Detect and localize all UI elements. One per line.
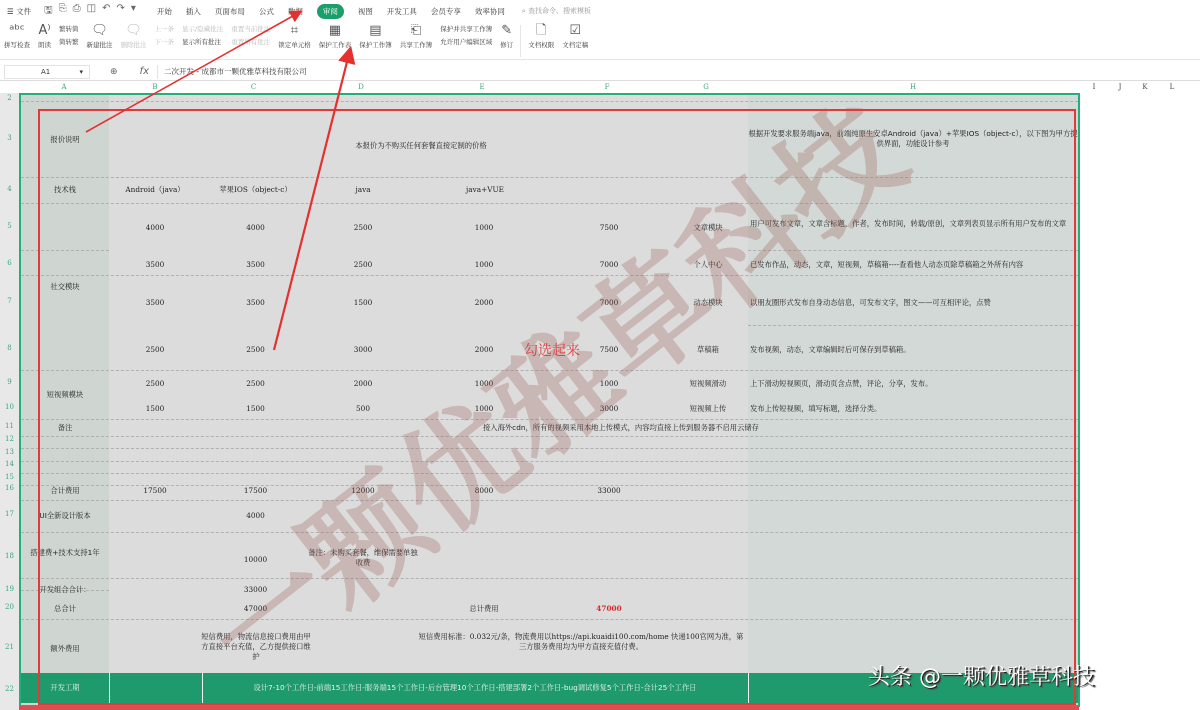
cell-h-description[interactable]: 上下滑动短视频页，滑动页含点赞，评论，分享，发布。 [750,379,1076,389]
row-header[interactable]: 17 [0,510,19,518]
cell-g[interactable]: 动态模块 [668,298,748,308]
tab-formulas[interactable]: 公式 [259,6,274,17]
save-icon[interactable]: 🖫 [44,3,53,20]
cell-e[interactable]: 1000 [418,223,550,232]
cell-divider [748,673,749,703]
row-header[interactable]: 13 [0,448,19,456]
cell-a17[interactable]: UI全新设计版本 [21,511,109,521]
spreadsheet-grid[interactable]: 报价说明 本报价为不购买任何套餐直接定制的价格 根据开发要求服务端java，前端… [19,93,1080,707]
spell-check-button[interactable]: ᵃᵇᶜ拼写检查 [4,22,30,49]
cell-c17[interactable]: 4000 [203,511,308,520]
row-header[interactable]: 10 [0,403,19,411]
gridline [748,325,1078,326]
gridline [21,275,1078,276]
export-icon[interactable]: ⎘ [59,3,67,20]
annotation-bottom-bar [19,706,1079,710]
zoom-icon[interactable]: ⊕ [110,67,118,77]
col-header-c[interactable]: C [201,83,306,93]
gridline [21,532,1078,533]
name-box[interactable]: A1▾ [4,65,90,79]
cell-c4[interactable]: 苹果IOS（object-c） [203,185,308,195]
cell-g[interactable]: 短视频上传 [668,404,748,414]
row-header[interactable]: 9 [0,378,19,386]
cell-h-description[interactable]: 以朋友圈形式发布自身动态信息，可发布文字，图文——可互相评论，点赞 [750,298,1076,308]
read-aloud-button[interactable]: A⁾朗读 [38,22,51,49]
col-header-d[interactable]: D [306,83,416,93]
cell-d16[interactable]: 12000 [308,486,418,495]
delete-comment-label: 删除批注 [121,40,147,49]
doc-finalize-icon: ☑ [569,22,581,40]
file-menu[interactable]: ☰ 文件 [7,6,31,17]
gridline [21,448,1078,449]
convert-group: 繁转简 简转繁 [59,24,79,46]
col-header-a[interactable]: A [19,83,109,93]
tab-page-layout[interactable]: 页面布局 [215,6,245,17]
row-header[interactable]: 18 [0,552,19,560]
gridline [748,250,1078,251]
col-header-e[interactable]: E [416,83,548,93]
cell-c[interactable]: 4000 [203,223,308,232]
cell-g[interactable]: 短视频滑动 [668,379,748,389]
protect-sheet-label: 保护工作表 [319,40,352,49]
protect-share-group: 保护并共享工作簿 允许用户编辑区域 [440,24,492,46]
cell-c21[interactable]: 短信费用，物流信息接口费用由甲方直接平台充值，乙方提供接口维护 [201,632,311,662]
tab-home[interactable]: 开始 [157,6,172,17]
protect-and-share-button[interactable]: 保护并共享工作簿 [440,24,492,33]
new-comment-button[interactable]: 🗨新建批注 [87,22,113,49]
cell-c22[interactable]: 设计7-10个工作日-前端15工作日-服务端15个工作日-后台管理10个工作日-… [202,683,748,693]
col-header-i[interactable]: I [1080,83,1108,93]
gridline [21,461,1078,462]
protect-workbook-icon: ▤ [369,22,381,40]
cell-f20-total[interactable]: 47000 [550,604,668,613]
cell-c18[interactable]: 10000 [203,555,308,564]
protect-sheet-button[interactable]: ▦保护工作表 [319,22,352,49]
cell-b[interactable]: 2500 [109,379,201,388]
cell-c20[interactable]: 47000 [203,604,308,613]
tab-insert[interactable]: 插入 [186,6,201,17]
simp-to-trad-button[interactable]: 简转繁 [59,37,79,46]
cell-e16[interactable]: 8000 [418,486,550,495]
share-workbook-label: 共享工作簿 [400,40,433,49]
cell-a21[interactable]: 额外费用 [21,644,109,654]
row-header[interactable]: 16 [0,484,19,492]
cell-f[interactable]: 7000 [550,298,668,307]
row-header[interactable]: 6 [0,259,19,267]
tab-view[interactable]: 视图 [358,6,373,17]
tab-collab[interactable]: 效率协同 [475,6,505,17]
row-header[interactable]: 22 [0,685,19,693]
ribbon-review: ᵃᵇᶜ拼写检查 A⁾朗读 繁转简 简转繁 🗨新建批注 🗨删除批注 上一条 下一条… [0,22,1200,60]
next-comment-button[interactable]: 下一条 [155,37,175,46]
share-workbook-icon: ⎗ [411,22,421,40]
col-header-f[interactable]: F [548,83,666,93]
reset-all-comments-button[interactable]: 重置所有批注 [231,37,270,46]
col-header-j[interactable]: J [1108,83,1132,93]
cell-f16[interactable]: 33000 [550,486,668,495]
row-header[interactable]: 14 [0,460,19,468]
cell-b[interactable]: 3500 [109,298,201,307]
tab-review[interactable]: 审阅 [317,4,344,19]
cell-d18[interactable]: 备注：未购买套餐，维保需要单独收费 [308,548,418,568]
gridline [21,203,1078,204]
cell-e21[interactable]: 短信费用标准：0.032元/条，物流费用以https://api.kuaidi1… [416,632,746,652]
cell-e[interactable]: 1000 [418,260,550,269]
cell-e20[interactable]: 总计费用 [418,604,550,614]
cell-a18[interactable]: 搭建费+技术支持1年 [21,548,109,558]
cell-b[interactable]: 4000 [109,223,201,232]
protect-workbook-label: 保护工作簿 [359,40,392,49]
cell-e11[interactable]: 接入海外cdn，所有的视频采用本地上传模式，内容均直接上传到服务器不启用云储存 [401,423,861,433]
spell-check-icon: ᵃᵇᶜ [9,22,24,40]
ribbon-separator [520,25,521,57]
gridline [21,177,1078,178]
cell-d4[interactable]: java [308,185,418,194]
row-header[interactable]: 2 [0,94,19,102]
row-header[interactable]: 7 [0,297,19,305]
cell-d[interactable]: 2000 [308,379,418,388]
cell-b[interactable]: 1500 [109,404,201,413]
name-box-value: A1 [41,68,50,76]
gridline [21,101,1078,102]
show-hide-comment-button[interactable]: 显示/隐藏批注 [182,24,223,33]
cell-a22[interactable]: 开发工期 [21,683,109,693]
dropdown-icon[interactable]: ▾ [131,3,136,20]
annotation-label: 勾选起来 [524,340,580,360]
cell-g[interactable]: 文章模块 [668,223,748,233]
row-header[interactable]: 20 [0,603,19,611]
print-icon[interactable]: ⎙ [73,3,81,20]
show-comment-group: 显示/隐藏批注 显示所有批注 [182,24,223,46]
gridline [21,619,1078,620]
row-header[interactable]: 12 [0,435,19,443]
cell-d[interactable]: 3000 [308,345,418,354]
trad-to-simp-button[interactable]: 繁转简 [59,24,79,33]
undo-icon[interactable]: ↶ [102,3,110,20]
tab-developer[interactable]: 开发工具 [387,6,417,17]
cell-a16[interactable]: 合计费用 [21,486,109,496]
cell-c[interactable]: 3500 [203,298,308,307]
allow-edit-ranges-button[interactable]: 允许用户编辑区域 [440,37,492,46]
col-header-k[interactable]: K [1132,83,1158,93]
cell-e4[interactable]: java+VUE [421,185,553,194]
col-header-h[interactable]: H [746,83,1080,93]
read-aloud-label: 朗读 [38,40,51,49]
show-all-comments-button[interactable]: 显示所有批注 [182,37,223,46]
doc-permissions-icon: 🗋 [536,22,546,40]
cell-c[interactable]: 1500 [203,404,308,413]
cell-f[interactable]: 7000 [550,260,668,269]
col-header-g[interactable]: G [666,83,746,93]
cell-b4[interactable]: Android（java） [109,185,201,195]
cell-g[interactable]: 草稿箱 [668,345,748,355]
row-header[interactable]: 8 [0,344,19,352]
doc-finalize-label: 文档定稿 [562,40,588,49]
cell-g[interactable]: 个人中心 [668,260,748,270]
gridline [21,578,1078,579]
spell-check-label: 拼写检查 [4,40,30,49]
doc-permissions-label: 文档权限 [528,40,554,49]
cell-c[interactable]: 3500 [203,260,308,269]
gridline [21,473,1078,474]
cell-b16[interactable]: 17500 [109,486,201,495]
gridline [21,500,1078,501]
row-headers: 2 3 4 5 6 7 8 9 10 11 12 13 14 15 16 17 … [0,93,19,710]
gridline [21,370,1078,371]
reset-comment-group: 重置当前批注 重置所有批注 [231,24,270,46]
row-header[interactable]: 3 [0,134,19,142]
delete-comment-button[interactable]: 🗨删除批注 [121,22,147,49]
cell-d3[interactable]: 本报价为不购买任何套餐直接定制的价格 [221,141,621,151]
row-header[interactable]: 5 [0,222,19,230]
lock-cells-button[interactable]: ⌗锁定单元格 [278,22,311,49]
cell-a9[interactable]: 短视频模块 [21,390,109,400]
cell-e[interactable]: 2000 [418,298,550,307]
cell-d[interactable]: 2500 [308,260,418,269]
formula-bar: A1▾ ⊕ fx 二次开发 - 成都市一颗优雅草科技有限公司 [0,63,1200,81]
cell-a4[interactable]: 技术栈 [21,185,109,195]
cell-h3[interactable]: 根据开发要求服务端java，前端纯原生安卓Android（java）+苹果IOS… [748,129,1078,149]
cell-d[interactable]: 1500 [308,298,418,307]
lock-cells-label: 锁定单元格 [278,40,311,49]
col-header-b[interactable]: B [109,83,201,93]
cell-h-description[interactable]: 发布上传短视频，填写标题，选择分类。 [750,404,1076,414]
gridline [21,250,109,251]
new-comment-label: 新建批注 [87,40,113,49]
cell-f[interactable]: 3000 [550,404,668,413]
cell-h-description[interactable]: 用户可发布文章，文章含标题，作者，发布时间，转载/原创，文章列表页显示所有用户发… [750,219,1076,229]
column-headers: A B C D E F G H I J K L [0,83,1200,93]
cell-e[interactable]: 1000 [418,404,550,413]
delete-comment-icon: 🗨 [125,22,142,40]
formula-input[interactable]: 二次开发 - 成都市一颗优雅草科技有限公司 [157,65,1200,79]
protect-workbook-button[interactable]: ▤保护工作簿 [359,22,392,49]
track-changes-label: 修订 [500,40,513,49]
row-header[interactable]: 21 [0,643,19,651]
cell-c[interactable]: 2500 [203,345,308,354]
column-h-fill [748,95,1078,705]
cell-b[interactable]: 3500 [109,260,201,269]
prev-comment-button[interactable]: 上一条 [155,24,175,33]
row-header[interactable]: 11 [0,422,19,430]
track-changes-button[interactable]: ✎修订 [500,22,513,49]
doc-finalize-button[interactable]: ☑文档定稿 [562,22,588,49]
nav-comment-group: 上一条 下一条 [155,24,175,46]
cell-f[interactable]: 1000 [550,379,668,388]
redo-icon[interactable]: ↷ [116,3,124,20]
protect-sheet-icon: ▦ [329,22,341,40]
chevron-down-icon: ▾ [79,68,83,76]
cell-c19[interactable]: 33000 [203,585,308,594]
row-header[interactable]: 4 [0,185,19,193]
cell-d[interactable]: 2500 [308,223,418,232]
cell-divider [109,673,110,703]
cell-a20[interactable]: 总合计 [21,604,109,614]
cell-a3[interactable]: 报价说明 [21,135,109,145]
cell-c16[interactable]: 17500 [203,486,308,495]
cell-f[interactable]: 7500 [550,223,668,232]
credit-watermark: 头条 @一颗优雅草科技 [868,660,1095,691]
tab-member[interactable]: 会员专享 [431,6,461,17]
row-header[interactable]: 19 [0,585,19,593]
read-aloud-icon: A⁾ [38,22,50,40]
cell-h-description[interactable]: 已发布作品，动态，文章，短视频，草稿箱----查看他人动态页除草稿箱之外所有内容 [750,260,1076,270]
fx-icon[interactable]: fx [140,66,149,77]
cell-b[interactable]: 2500 [109,345,201,354]
file-menu-label: 文件 [16,7,31,16]
cell-e[interactable]: 1000 [418,379,550,388]
quick-access-toolbar: 🖫 ⎘ ⎙ ◫ ↶ ↷ ▾ [44,3,136,20]
menu-bar: ☰ 文件 🖫 ⎘ ⎙ ◫ ↶ ↷ ▾ 开始 插入 页面布局 公式 数据 审阅 视… [0,0,1200,22]
share-workbook-button[interactable]: ⎗共享工作簿 [400,22,433,49]
tab-data[interactable]: 数据 [288,6,303,17]
search-placeholder: 查找命令、搜索模板 [528,7,591,15]
reset-current-comment-button[interactable]: 重置当前批注 [231,24,270,33]
gridline [21,419,1078,420]
cell-c[interactable]: 2500 [203,379,308,388]
gridline [21,436,1078,437]
preview-icon[interactable]: ◫ [87,3,96,20]
track-changes-icon: ✎ [501,22,512,40]
cell-h-description[interactable]: 发布视频，动态，文章编辑时后可保存到草稿箱。 [750,345,1076,355]
lock-cells-icon: ⌗ [291,22,298,40]
new-comment-icon: 🗨 [91,22,108,40]
cell-a19[interactable]: 开发组合合计： [21,585,109,595]
cell-a5[interactable]: 社交模块 [21,282,109,292]
command-search[interactable]: ⌕ 查找命令、搜索模板 [522,6,591,16]
cell-d[interactable]: 500 [308,404,418,413]
col-header-l[interactable]: L [1158,83,1186,93]
doc-permissions-button[interactable]: 🗋文档权限 [528,22,554,49]
cell-a11[interactable]: 备注 [21,423,109,433]
row-header[interactable]: 15 [0,473,19,481]
